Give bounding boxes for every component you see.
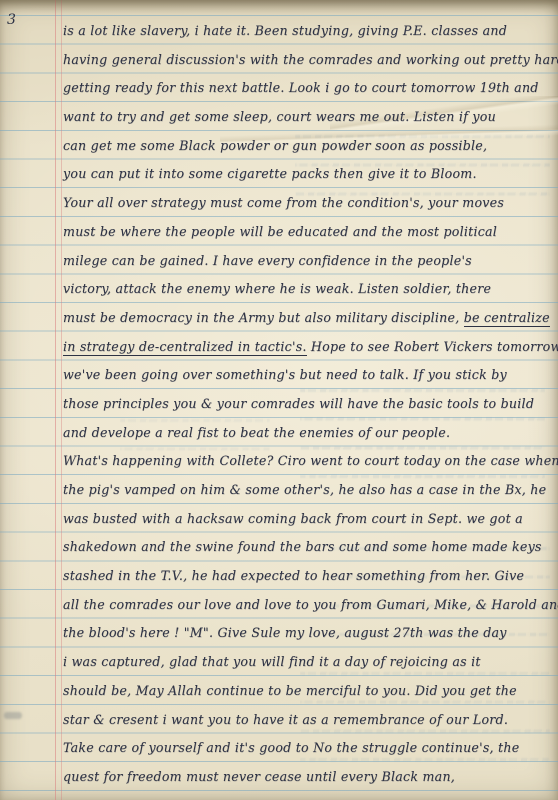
handwritten-line: What's happening with Collete? Ciro went… (63, 447, 555, 476)
handwritten-line: want to try and get some sleep, court we… (63, 103, 555, 132)
handwritten-line: Your all over strategy must come from th… (63, 189, 555, 218)
handwritten-line: is a lot like slavery, i hate it. Been s… (63, 17, 555, 46)
handwritten-line: star & cresent i want you to have it as … (63, 706, 555, 735)
margin-rule (55, 0, 56, 800)
handwritten-line: should be, May Allah continue to be merc… (63, 677, 555, 706)
handwritten-line: victory, attack the enemy where he is we… (63, 275, 555, 304)
handwritten-line: you can put it into some cigarette packs… (63, 160, 555, 189)
handwritten-line: the blood's here ! "M". Give Sule my lov… (63, 619, 555, 648)
handwritten-line: having general discussion's with the com… (63, 46, 555, 75)
handwritten-line: shakedown and the swine found the bars c… (63, 533, 555, 562)
handwritten-line: in strategy de-centralized in tactic's. … (63, 333, 555, 362)
handwritten-line: i was captured, glad that you will find … (63, 648, 555, 677)
margin-smudge (4, 712, 22, 719)
handwritten-line: must be where the people will be educate… (63, 218, 555, 247)
handwritten-line: and develope a real fist to beat the ene… (63, 419, 555, 448)
handwritten-line: we've been going over something's but ne… (63, 361, 555, 390)
handwritten-line: getting ready for this next battle. Look… (63, 74, 555, 103)
handwritten-line: quest for freedom must never cease until… (63, 763, 555, 792)
letter-body: is a lot like slavery, i hate it. Been s… (63, 17, 555, 792)
paper-edge-shadow (0, 0, 558, 14)
handwritten-line: can get me some Black powder or gun powd… (63, 132, 555, 161)
handwritten-line: was busted with a hacksaw coming back fr… (63, 505, 555, 534)
page-number: 3 (7, 12, 16, 28)
margin-rule (61, 0, 62, 800)
handwritten-line: Take care of yourself and it's good to N… (63, 734, 555, 763)
handwritten-line: those principles you & your comrades wil… (63, 390, 555, 419)
handwritten-line: milege can be gained. I have every confi… (63, 247, 555, 276)
letter-page: 3 is a lot like slavery, i hate it. Been… (0, 0, 558, 800)
handwritten-line: stashed in the T.V., he had expected to … (63, 562, 555, 591)
handwritten-line: must be democracy in the Army but also m… (63, 304, 555, 333)
handwritten-line: all the comrades our love and love to yo… (63, 591, 555, 620)
handwritten-line: the pig's vamped on him & some other's, … (63, 476, 555, 505)
